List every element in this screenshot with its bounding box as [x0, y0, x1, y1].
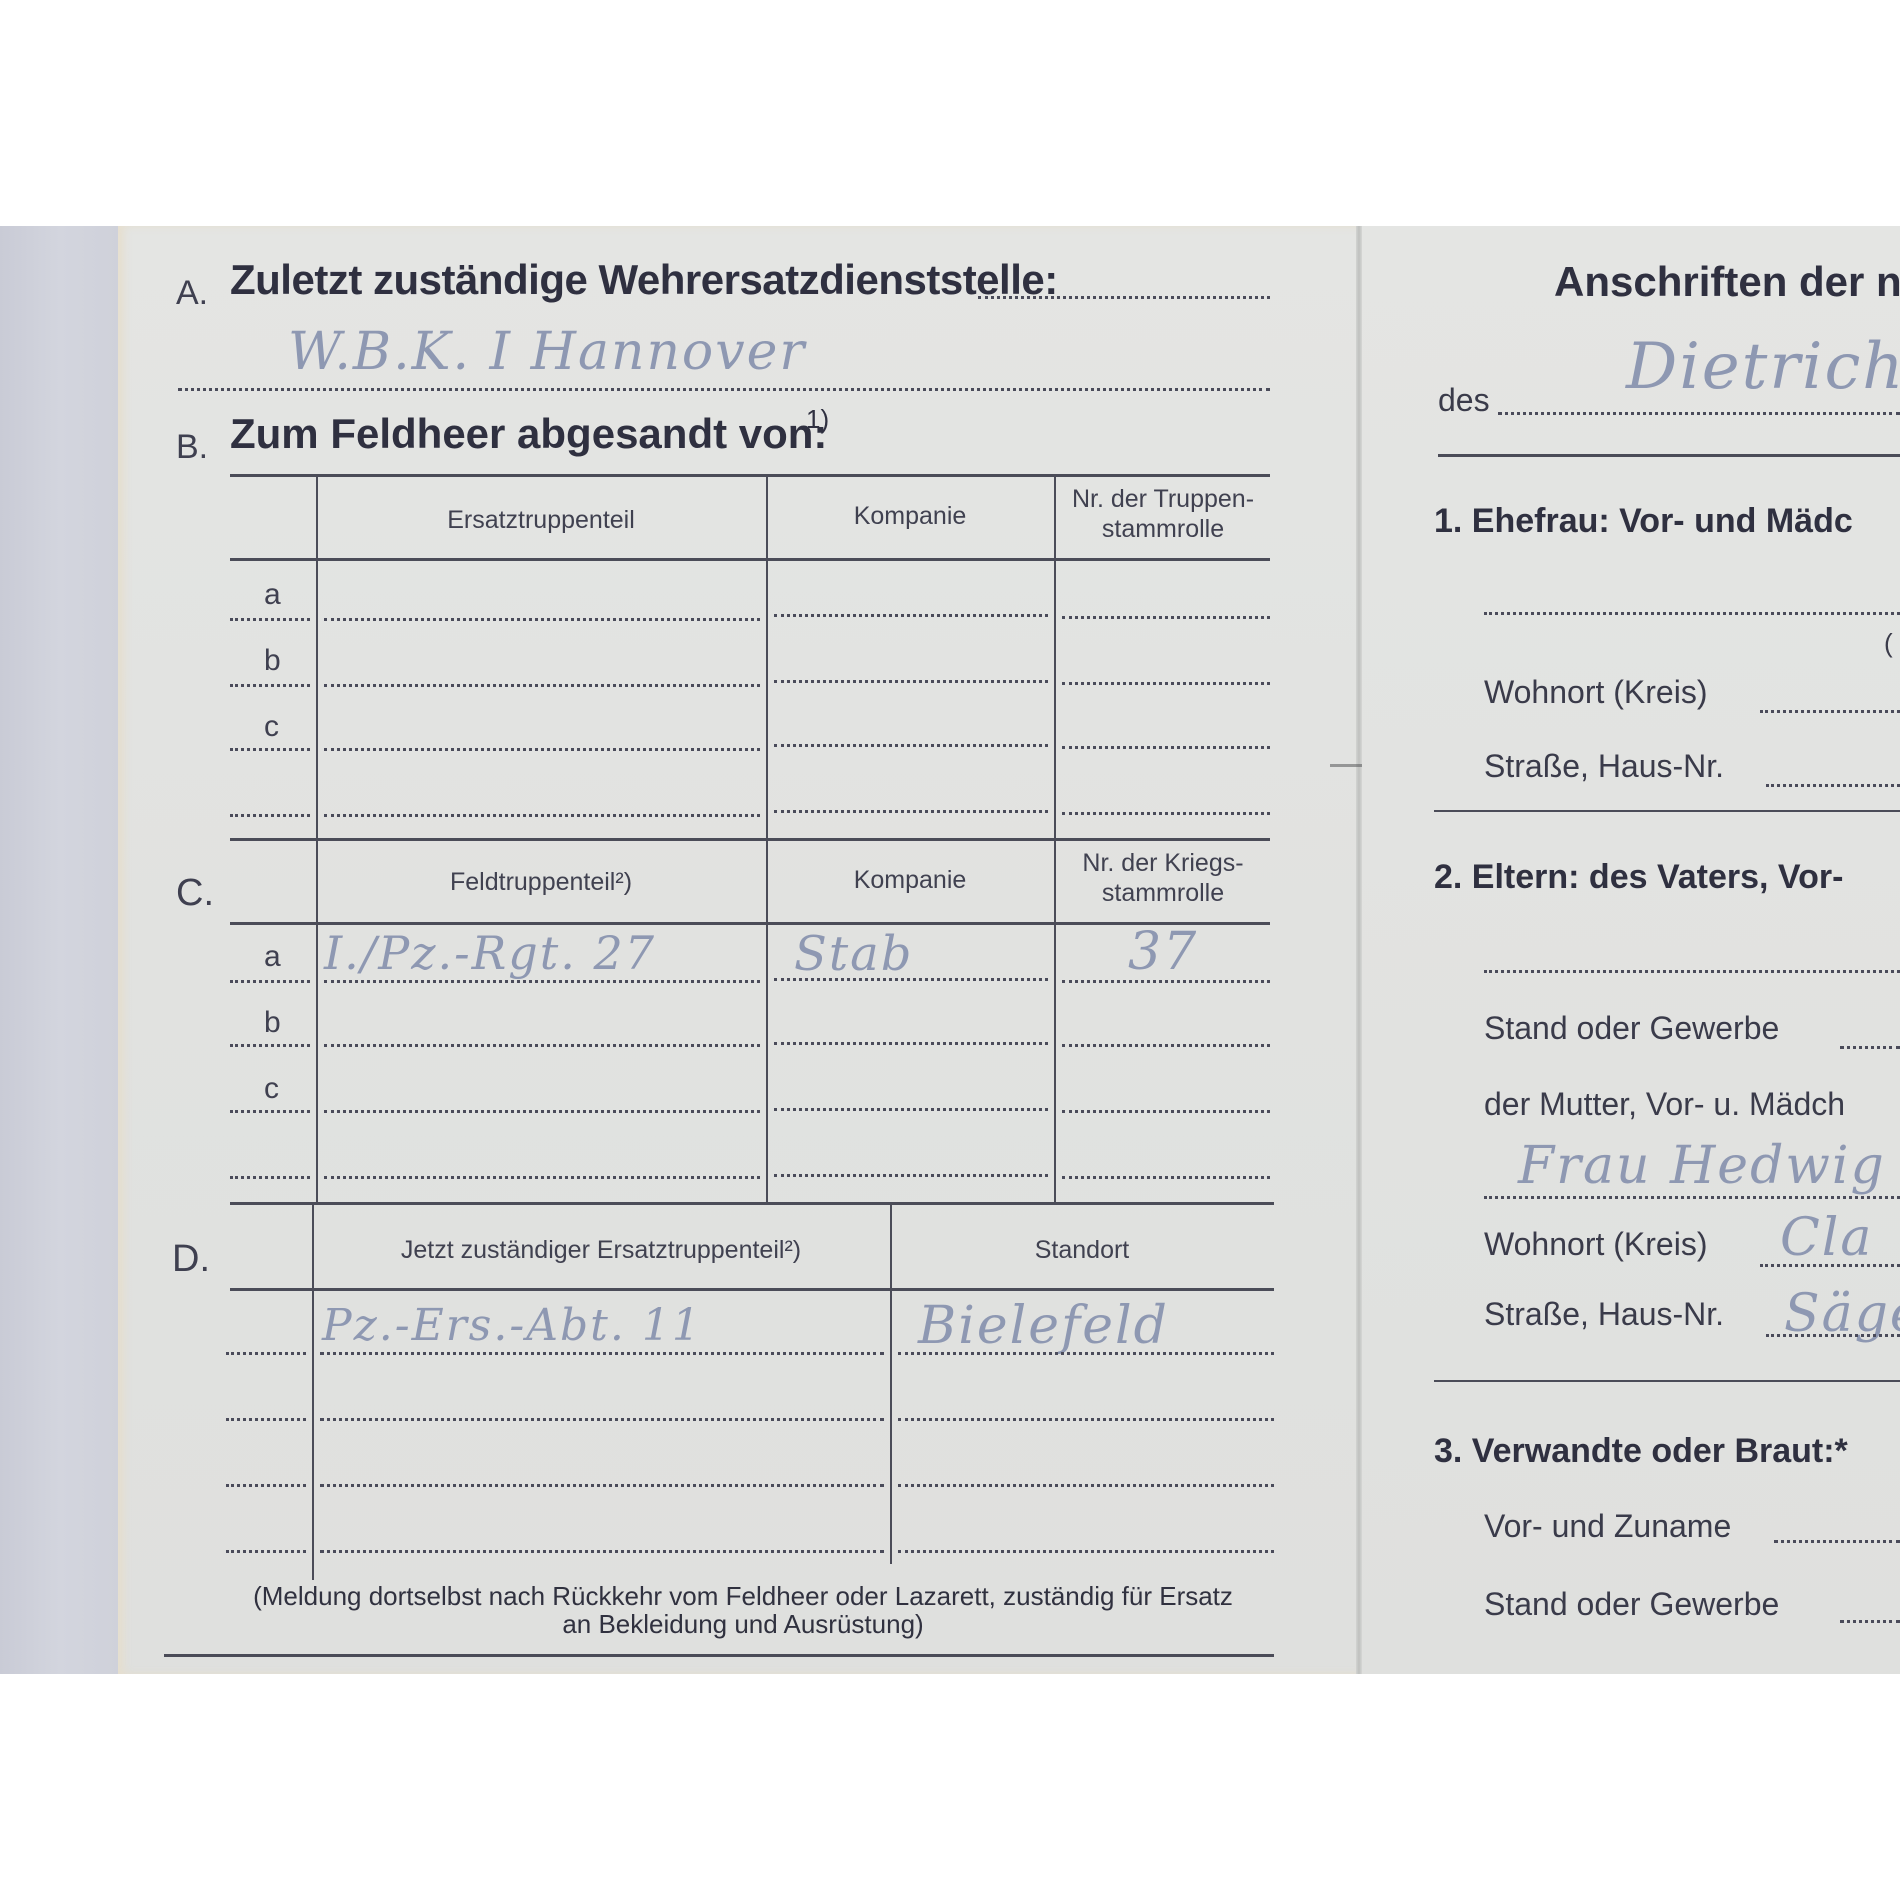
section-b-footnote-ref: 1)	[806, 404, 829, 435]
item-1-strasse-line	[1766, 784, 1900, 787]
footnote-divider	[164, 1654, 1274, 1657]
section-b-title: Zum Feldheer abgesandt von:	[230, 410, 827, 458]
item-2-wohnort-handwritten: Cla	[1780, 1208, 1873, 1268]
section-a-dotted-line	[978, 296, 1270, 299]
section-b-row-label-c: c	[264, 710, 279, 744]
section-d-letter: D.	[172, 1238, 210, 1281]
item-2-mother-label: der Mutter, Vor- u. Mädch	[1484, 1086, 1845, 1123]
section-c-row-a-unit: I./Pz.-Rgt. 27	[324, 926, 656, 980]
section-a-title: Zuletzt zuständige Wehrersatzdienststell…	[230, 256, 1058, 304]
item-2-divider	[1434, 1380, 1900, 1382]
item-3-name-label: Vor- und Zuname	[1484, 1508, 1731, 1545]
document-photo: A. Zuletzt zuständige Wehrersatzdienstst…	[0, 226, 1900, 1674]
section-c-row-label-b: b	[264, 1006, 281, 1040]
section-b-col-company: Kompanie	[768, 502, 1052, 531]
item-1-divider	[1434, 810, 1900, 812]
section-b-col-unit: Ersatztruppenteil	[318, 506, 764, 535]
item-1-wohnort-line	[1760, 710, 1900, 713]
section-a-letter: A.	[176, 274, 208, 313]
item-1-strasse-label: Straße, Haus-Nr.	[1484, 748, 1724, 785]
section-a-handwritten-value: W.B.K. I Hannover	[288, 322, 806, 382]
section-c-row-a-number: 37	[1128, 922, 1198, 982]
right-page-title: Anschriften der nä	[1554, 258, 1900, 306]
section-d-row-1-location: Bielefeld	[918, 1296, 1169, 1356]
section-d-col-unit: Jetzt zuständiger Ersatztruppenteil²)	[314, 1236, 888, 1265]
item-2-strasse-label: Straße, Haus-Nr.	[1484, 1296, 1724, 1333]
item-3-stand-label: Stand oder Gewerbe	[1484, 1586, 1779, 1623]
item-3-name-line	[1774, 1540, 1900, 1543]
section-b-col-number: Nr. der Truppen- stammrolle	[1056, 484, 1270, 544]
header-rule	[1438, 454, 1900, 457]
section-b-letter: B.	[176, 428, 208, 467]
item-2-mother-line	[1484, 1196, 1900, 1199]
section-a-entry-line	[178, 388, 1270, 391]
item-2-mother-handwritten: Frau Hedwig	[1518, 1136, 1886, 1196]
section-c-col-number: Nr. der Kriegs- stammrolle	[1056, 848, 1270, 908]
left-page: A. Zuletzt zuständige Wehrersatzdienstst…	[118, 226, 1358, 1674]
item-2-label: 2. Eltern: des Vaters, Vor-	[1434, 858, 1843, 897]
des-dotted-line	[1498, 412, 1900, 415]
item-1-label: 1. Ehefrau: Vor- und Mädc	[1434, 502, 1853, 541]
item-2-wohnort-label: Wohnort (Kreis)	[1484, 1226, 1707, 1263]
item-1-name-line	[1484, 612, 1900, 615]
item-3-label: 3. Verwandte oder Braut:*	[1434, 1432, 1848, 1471]
des-handwritten: Dietrich	[1626, 330, 1900, 404]
item-2-wohnort-line	[1760, 1264, 1900, 1267]
item-1-paren: (	[1884, 628, 1893, 659]
item-2-stand-line	[1840, 1046, 1900, 1049]
des-label: des	[1438, 382, 1490, 419]
section-c-letter: C.	[176, 872, 214, 915]
item-1-wohnort-label: Wohnort (Kreis)	[1484, 674, 1707, 711]
right-page: Anschriften der nä des Dietrich 1. Ehefr…	[1362, 226, 1900, 1674]
section-c-col-company: Kompanie	[768, 866, 1052, 895]
section-d-note: (Meldung dortselbst nach Rückkehr vom Fe…	[198, 1582, 1288, 1638]
item-2-strasse-line	[1766, 1334, 1900, 1337]
section-c-row-a-company: Stab	[794, 926, 914, 982]
item-2-stand-label: Stand oder Gewerbe	[1484, 1010, 1779, 1047]
section-b-row-label-a: a	[264, 578, 281, 612]
section-c-col-unit: Feldtruppenteil²)	[318, 868, 764, 897]
section-b-row-label-b: b	[264, 644, 281, 678]
section-d-row-1-unit: Pz.-Ers.-Abt. 11	[322, 1300, 702, 1351]
item-2-father-line	[1484, 970, 1900, 973]
section-c-row-label-a: a	[264, 940, 281, 974]
section-d-col-location: Standort	[892, 1236, 1272, 1265]
section-c-row-label-c: c	[264, 1072, 279, 1106]
item-3-stand-line	[1840, 1620, 1900, 1623]
